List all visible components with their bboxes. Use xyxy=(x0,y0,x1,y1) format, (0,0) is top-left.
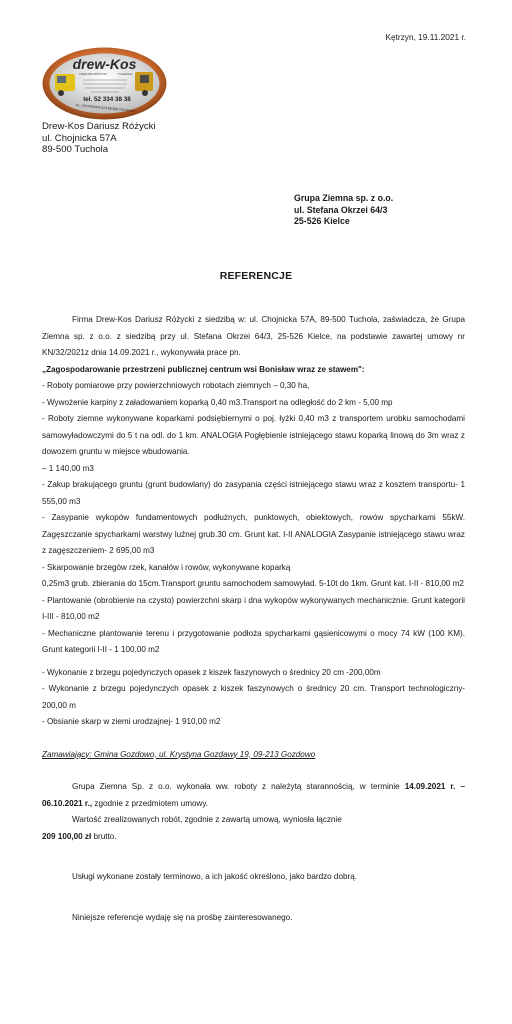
recipient-name: Grupa Ziemna sp. z o.o. xyxy=(294,193,393,205)
sender-street: ul. Chojnicka 57A xyxy=(42,133,156,145)
completion-tail: zgodnie z przedmiotem umowy. xyxy=(92,799,208,808)
work-item: - Wykonanie z brzegu pojedynczych opasek… xyxy=(42,665,465,682)
closing-statement: Niniejsze referencje wydaję się na prośb… xyxy=(42,910,465,927)
sender-city: 89-500 Tuchola xyxy=(42,144,156,156)
place-and-date: Kętrzyn, 19.11.2021 r. xyxy=(385,32,466,42)
work-item: - Roboty pomiarowe przy powierzchniowych… xyxy=(42,378,465,395)
work-item: - Zasypanie wykopów fundamentowych podłu… xyxy=(42,510,465,560)
ordering-party: Zamawiający: Gmina Gozdowo, ul. Krystyna… xyxy=(42,747,465,764)
logo-emblem-icon: drew-Kos DARIUSZ RÓŻYCKI TUCHOLA tel. 52… xyxy=(41,46,168,121)
work-item: 0,25m3 grub. zbierania do 15cm.Transport… xyxy=(42,576,465,593)
sender-name: Drew-Kos Dariusz Różycki xyxy=(42,121,156,133)
work-item: - Skarpowanie brzegów rzek, kanałów i ro… xyxy=(42,560,465,577)
recipient-address: Grupa Ziemna sp. z o.o. ul. Stefana Okrz… xyxy=(294,193,393,228)
value-paragraph: 209 100,00 zł brutto. xyxy=(42,829,465,846)
sender-address: Drew-Kos Dariusz Różycki ul. Chojnicka 5… xyxy=(42,121,156,156)
document-title: REFERENCJE xyxy=(0,270,512,282)
contract-value: 209 100,00 zł xyxy=(42,832,91,841)
logo-brand: drew-Kos xyxy=(73,56,137,72)
work-item: - Zakup brakującego gruntu (grunt budowl… xyxy=(42,477,465,510)
intro-paragraph: Firma Drew-Kos Dariusz Różycki z siedzib… xyxy=(42,312,465,362)
document-body: Firma Drew-Kos Dariusz Różycki z siedzib… xyxy=(42,312,465,926)
work-item: - Wykonanie z brzegu pojedynczych opasek… xyxy=(42,681,465,714)
company-logo: drew-Kos DARIUSZ RÓŻYCKI TUCHOLA tel. 52… xyxy=(41,46,168,121)
completion-lead: Grupa Ziemna Sp. z o.o. wykonała ww. rob… xyxy=(72,782,400,791)
quality-statement: Usługi wykonane zostały terminowo, a ich… xyxy=(42,869,465,886)
work-item: - Obsianie skarp w ziemi urodzajnej- 1 9… xyxy=(42,714,465,731)
recipient-street: ul. Stefana Okrzei 64/3 xyxy=(294,205,393,217)
value-tail: brutto. xyxy=(91,832,116,841)
work-item: - Wywożenie karpiny z załadowaniem kopar… xyxy=(42,395,465,412)
svg-text:TUCHOLA: TUCHOLA xyxy=(118,72,132,76)
recipient-city: 25-526 Kielce xyxy=(294,216,393,228)
completion-paragraph: Grupa Ziemna Sp. z o.o. wykonała ww. rob… xyxy=(42,779,465,812)
logo-phone: tel. 52 334 38 38 xyxy=(83,96,131,103)
work-item: - Roboty ziemne wykonywane koparkami pod… xyxy=(42,411,465,461)
value-lead: Wartość zrealizowanych robót, zgodnie z … xyxy=(42,812,465,829)
project-name: „Zagospodarowanie przestrzeni publicznej… xyxy=(42,362,465,379)
work-item: - Plantowanie (obrobienie na czysto) pow… xyxy=(42,593,465,626)
work-item-quantity: – 1 140,00 m3 xyxy=(42,461,465,478)
svg-text:DARIUSZ RÓŻYCKI: DARIUSZ RÓŻYCKI xyxy=(79,71,107,76)
work-item: - Mechaniczne plantowanie terenu i przyg… xyxy=(42,626,465,659)
